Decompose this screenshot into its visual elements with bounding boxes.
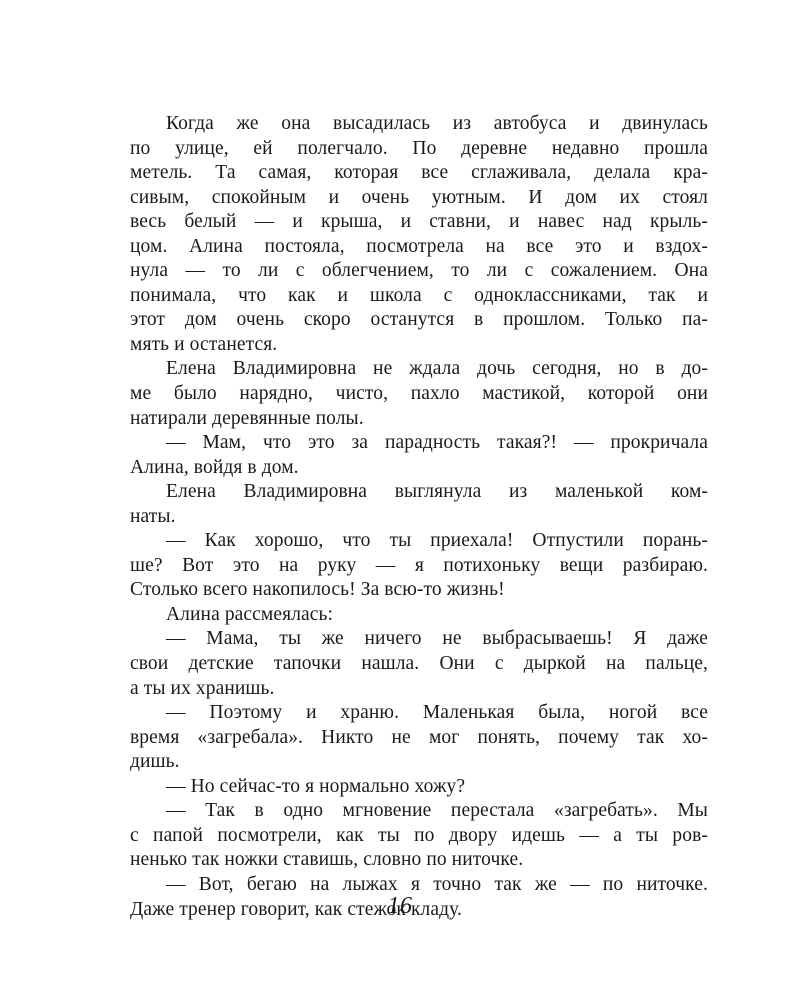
- text-line: — Мама, ты же ничего не выбрасываешь! Я …: [130, 627, 708, 652]
- text-line: Елена Владимировна выглянула из маленько…: [130, 480, 708, 505]
- text-line: весь белый — и крыша, и ставни, и навес …: [130, 210, 708, 235]
- text-line: по улице, ей полегчало. По деревне недав…: [130, 137, 708, 162]
- text-line: сивым, спокойным и очень уютным. И дом и…: [130, 186, 708, 211]
- text-line: время «загребала». Никто не мог понять, …: [130, 726, 708, 751]
- page-number: 16: [0, 893, 800, 920]
- text-line: нула — то ли с облегчением, то ли с сожа…: [130, 259, 708, 284]
- text-line: — Как хорошо, что ты приехала! Отпустили…: [130, 529, 708, 554]
- text-line: — Но сейчас-то я нормально хожу?: [130, 775, 708, 800]
- text-line: цом. Алина постояла, посмотрела на все э…: [130, 235, 708, 260]
- text-line: с папой посмотрели, как ты по двору идеш…: [130, 824, 708, 849]
- text-line: ненько так ножки ставишь, словно по нито…: [130, 848, 708, 873]
- text-line: наты.: [130, 505, 708, 530]
- text-line: метель. Та самая, которая все сглаживала…: [130, 161, 708, 186]
- text-line: а ты их хранишь.: [130, 677, 708, 702]
- text-line: Алина, войдя в дом.: [130, 456, 708, 481]
- book-page: Когда же она высадилась из автобуса и дв…: [0, 0, 800, 1000]
- text-line: Алина рассмеялась:: [130, 603, 708, 628]
- text-line: ме было нарядно, чисто, пахло мастикой, …: [130, 382, 708, 407]
- text-line: натирали деревянные полы.: [130, 407, 708, 432]
- text-line: — Так в одно мгновение перестала «загреб…: [130, 799, 708, 824]
- text-line: мять и останется.: [130, 333, 708, 358]
- text-line: ше? Вот это на руку — я потихоньку вещи …: [130, 554, 708, 579]
- text-line: понимала, что как и школа с одноклассник…: [130, 284, 708, 309]
- text-line: этот дом очень скоро останутся в прошлом…: [130, 308, 708, 333]
- text-line: Когда же она высадилась из автобуса и дв…: [130, 112, 708, 137]
- text-line: — Поэтому и храню. Маленькая была, ногой…: [130, 701, 708, 726]
- text-line: свои детские тапочки нашла. Они с дыркой…: [130, 652, 708, 677]
- text-line: дишь.: [130, 750, 708, 775]
- text-line: — Мам, что это за парадность такая?! — п…: [130, 431, 708, 456]
- text-line: Столько всего накопилось! За всю-то жизн…: [130, 578, 708, 603]
- text-line: Елена Владимировна не ждала дочь сегодня…: [130, 357, 708, 382]
- body-text: Когда же она высадилась из автобуса и дв…: [130, 112, 708, 922]
